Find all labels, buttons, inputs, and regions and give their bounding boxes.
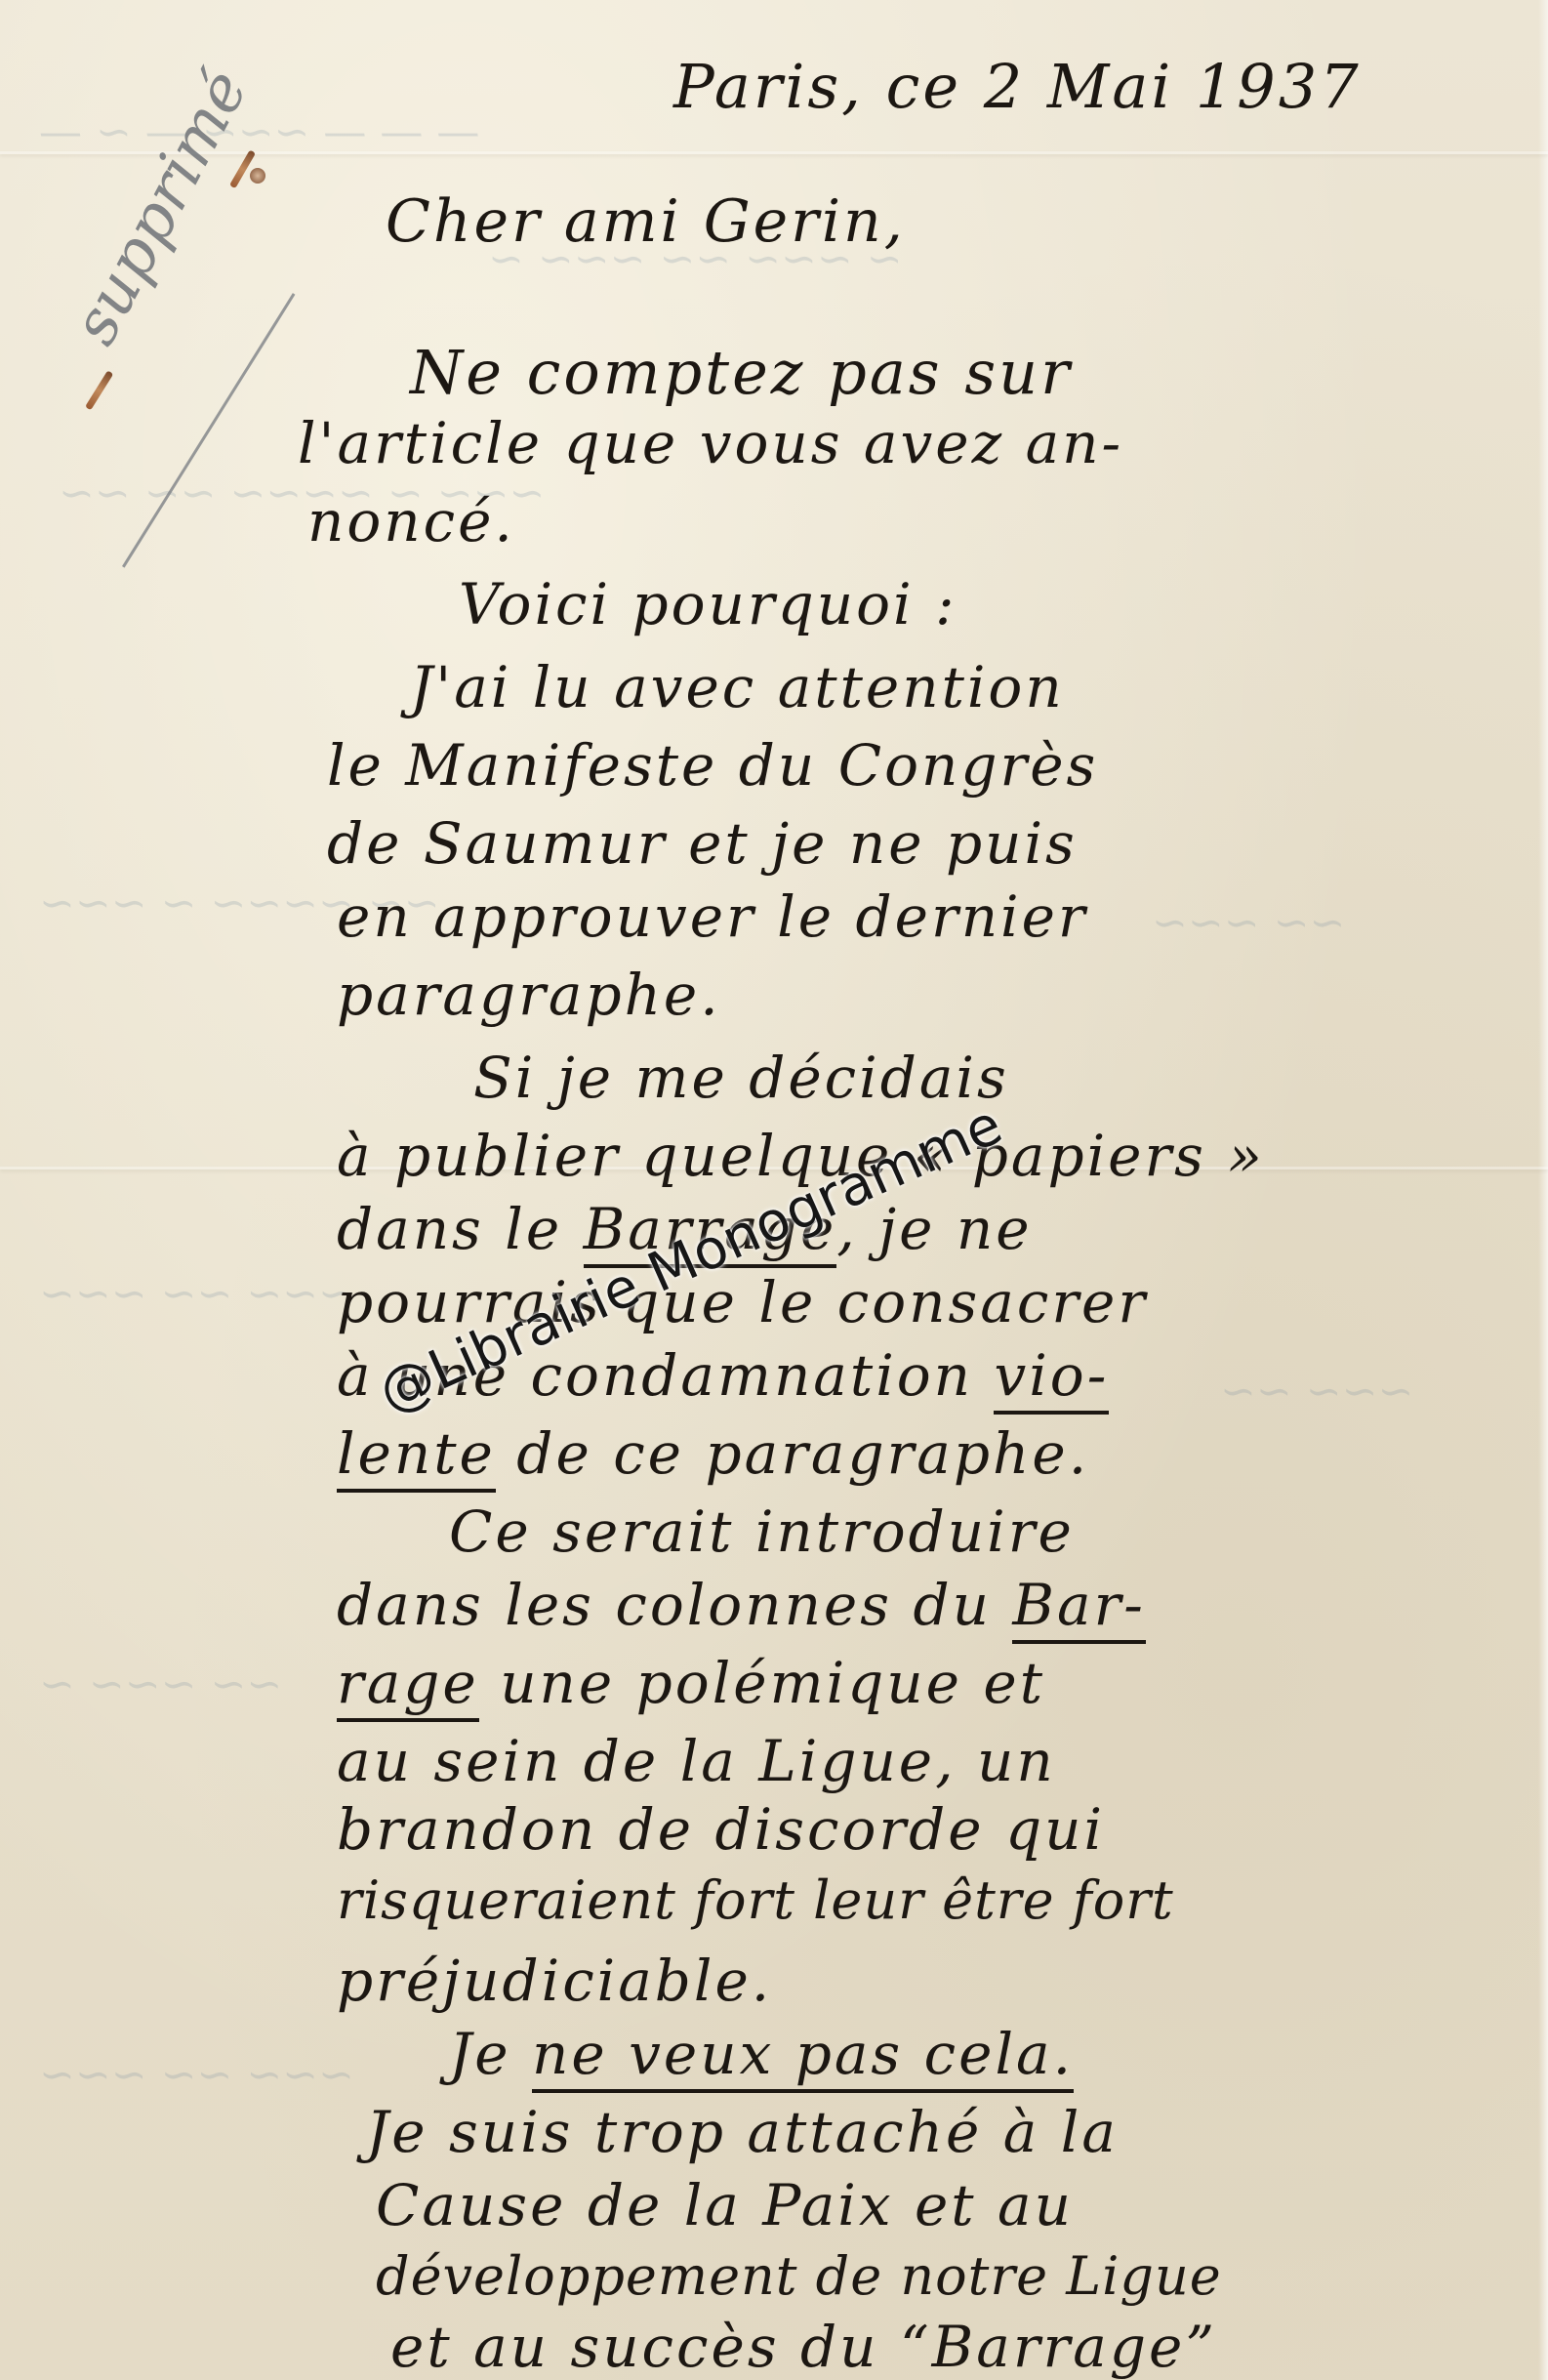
letter-line: l'article que vous avez an- — [298, 410, 1123, 476]
letter-line: J'ai lu avec attention — [410, 654, 1065, 720]
letter-line: Cause de la Paix et au — [376, 2172, 1074, 2238]
letter-line: risqueraient fort leur être fort — [337, 1869, 1174, 1931]
letter-line: Ce serait introduire — [449, 1498, 1075, 1565]
bleed-through-text: ~~~ ~~ — [1220, 1367, 1413, 1416]
bleed-through-text: ~~ ~~~ — [1152, 898, 1345, 948]
paper-edge — [1538, 0, 1548, 2380]
letter-line: préjudiciable. — [337, 1948, 772, 2014]
letter-line-text: et au succès du “ — [390, 2314, 932, 2380]
letter-line: Ne comptez pas sur — [410, 337, 1073, 408]
letter-line: Je ne veux pas cela. — [449, 2021, 1074, 2087]
letter-line: en approuver le dernier — [337, 883, 1088, 950]
letter-line-text: une polémique et — [479, 1650, 1045, 1716]
letter-line: le Manifeste du Congrès — [327, 732, 1098, 799]
letter-line-text: dans le — [337, 1196, 584, 1262]
letter-line: Si je me décidais — [473, 1045, 1009, 1111]
letter-line: Voici pourquoi : — [459, 571, 957, 637]
underlined-word: Barrage — [932, 2314, 1186, 2380]
bleed-through-text: ~~~ ~~ ~~~ — [39, 2050, 354, 2100]
letter-line: et au succès du “Barrage” — [390, 2314, 1217, 2380]
letter-line: Je suis trop attaché à la — [366, 2099, 1119, 2165]
underlined-word: Bar- — [1012, 1572, 1146, 1644]
bleed-through-text: ~~ ~~~ ~ — [39, 1660, 282, 1709]
letter-line: rage une polémique et — [337, 1650, 1045, 1716]
bleed-through-text: — — — ~~~ — ~ — — [39, 107, 479, 157]
bleed-through-text: ~~~ ~~ ~~~ — [39, 1269, 354, 1319]
underlined-word: lente — [337, 1420, 496, 1493]
letter-line-text: ” — [1185, 2314, 1217, 2380]
letter-line: paragraphe. — [337, 962, 721, 1028]
letter-line: noncé. — [307, 488, 515, 554]
letter-line: lente de ce paragraphe. — [337, 1420, 1089, 1487]
letter-line: dans les colonnes du Bar- — [337, 1572, 1146, 1638]
letter-line-text: de ce paragraphe. — [496, 1420, 1089, 1487]
pin-head-icon — [250, 168, 265, 184]
letter-line: développement de notre Ligue — [376, 2245, 1222, 2307]
letter-line-text: dans les colonnes du — [337, 1572, 1012, 1638]
underlined-phrase: ne veux pas cela. — [532, 2021, 1074, 2093]
letter-line-text: Je — [449, 2021, 532, 2087]
underlined-word: rage — [337, 1650, 479, 1722]
letter-dateline: Paris, ce 2 Mai 1937 — [673, 51, 1362, 122]
underlined-word: vio- — [994, 1342, 1109, 1415]
letter-line: brandon de discorde qui — [337, 1796, 1105, 1863]
letter-line: au sein de la Ligue, un — [337, 1728, 1056, 1794]
letter-salutation: Cher ami Gerin, — [386, 187, 906, 256]
letter-line: de Saumur et je ne puis — [327, 810, 1078, 877]
letter-line: pourrais que le consacrer — [337, 1269, 1148, 1335]
